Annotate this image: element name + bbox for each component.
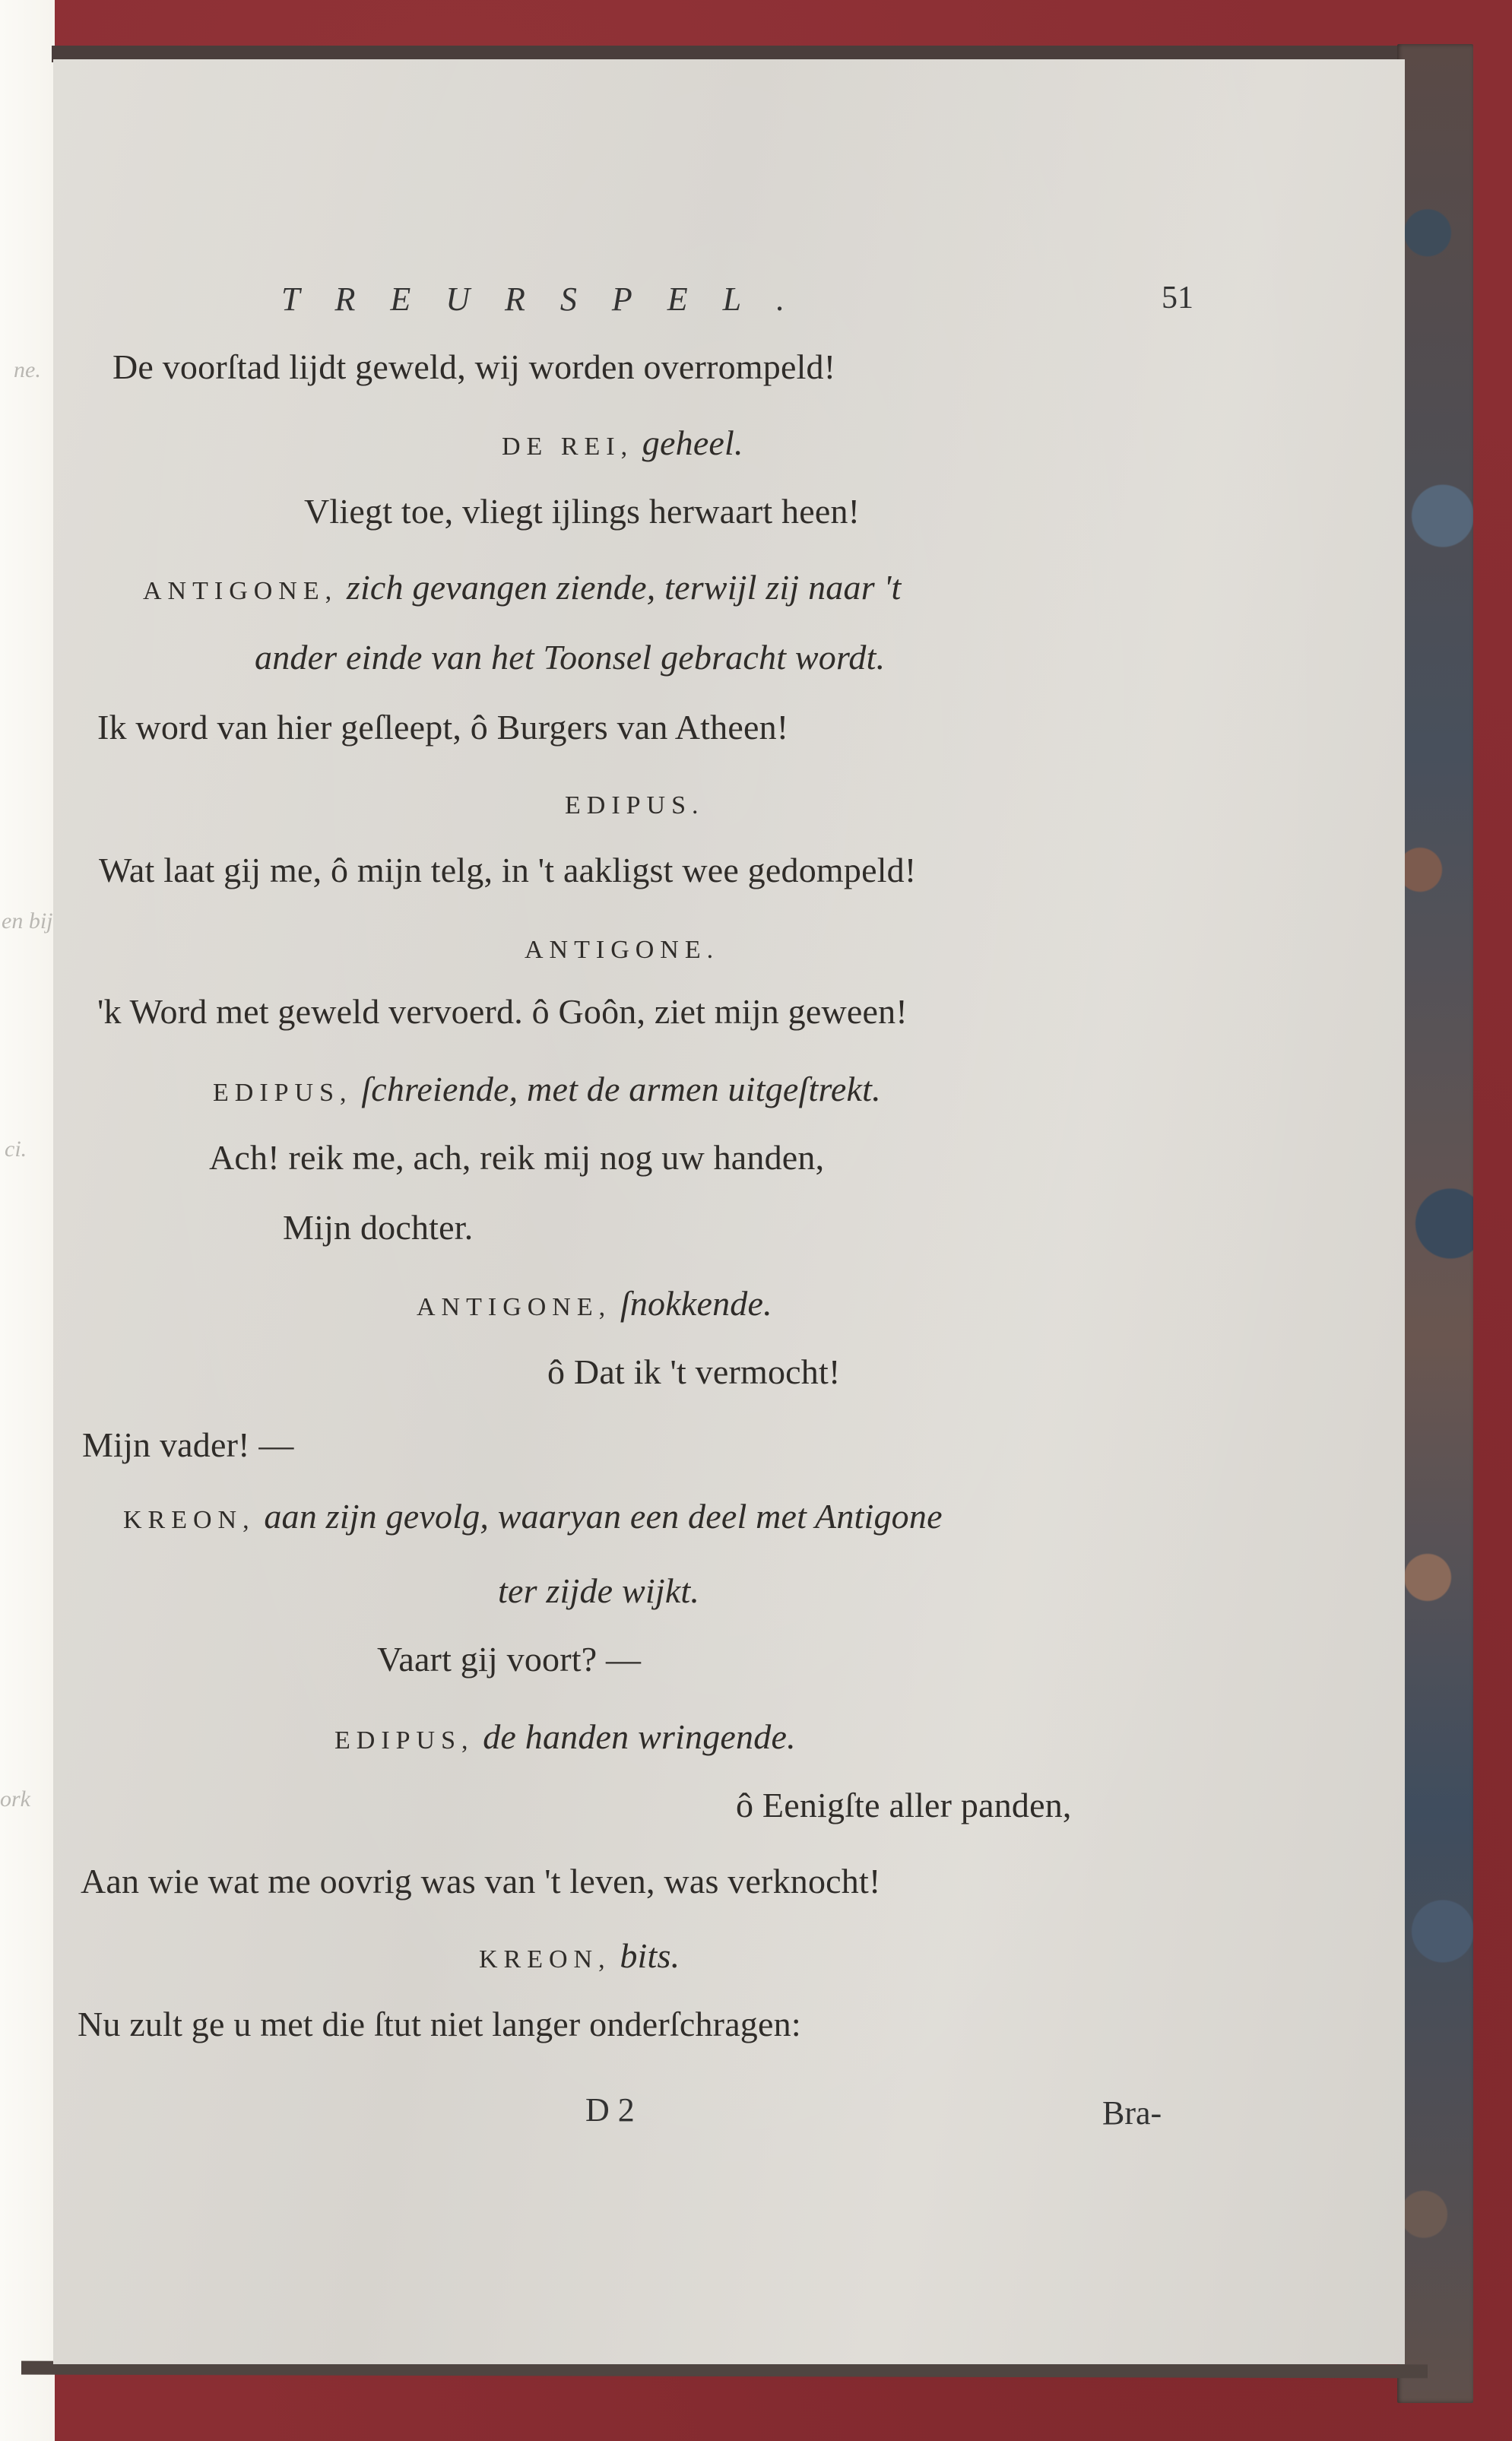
speaker-name: EDIPUS. xyxy=(565,791,705,819)
verse-line: De voorſtad lijdt geweld, wij worden ove… xyxy=(113,347,835,387)
stage-direction: ſnokkende. xyxy=(620,1284,772,1323)
stage-direction-continued: ander einde van het Toonsel gebracht wor… xyxy=(255,637,885,677)
verse-line: ô Dat ik 't vermocht! xyxy=(547,1352,841,1392)
speaker-name: ANTIGONE. xyxy=(525,936,719,964)
verse-line: Vaart gij voort? — xyxy=(377,1639,641,1679)
stage-direction: de handen wringende. xyxy=(483,1717,796,1756)
speaker-name: EDIPUS, xyxy=(334,1726,474,1755)
facing-page-fragment: ne. xyxy=(14,357,41,383)
speaker-name: DE REI, xyxy=(502,433,633,461)
speaker-heading: ANTIGONE, ſnokkende. xyxy=(417,1283,772,1324)
stage-direction-continued: ter zijde wijkt. xyxy=(498,1571,699,1611)
speaker-heading: KREON, bits. xyxy=(479,1935,680,1976)
running-head-title: TREURSPEL. xyxy=(281,280,819,319)
signature-mark: D 2 xyxy=(585,2091,635,2129)
speaker-name: EDIPUS, xyxy=(213,1079,353,1107)
verse-line: ô Eenigſte aller panden, xyxy=(736,1785,1072,1825)
stage-direction: zich gevangen ziende, terwijl zij naar '… xyxy=(347,568,902,607)
page-number: 51 xyxy=(1162,280,1193,316)
speaker-name: ANTIGONE, xyxy=(143,577,338,605)
verse-line: Wat laat gij me, ô mijn telg, in 't aakl… xyxy=(99,850,916,890)
book-page: TREURSPEL. 51 De voorſtad lijdt geweld, … xyxy=(53,59,1405,2364)
speaker-heading: EDIPUS, de handen wringende. xyxy=(334,1717,796,1757)
stage-direction: bits. xyxy=(620,1936,680,1975)
stage-direction: geheel. xyxy=(642,423,743,462)
marbled-cover-edge xyxy=(1397,44,1473,2403)
speaker-heading: DE REI, geheel. xyxy=(502,423,743,463)
verse-line: Nu zult ge u met die ſtut niet langer on… xyxy=(78,2004,801,2044)
speaker-heading: EDIPUS, ſchreiende, met de armen uitgeſt… xyxy=(213,1069,881,1109)
speaker-name: ANTIGONE, xyxy=(417,1293,611,1321)
facing-page-edge: ne. en bij ci. ork xyxy=(0,0,55,2441)
verse-line: 'k Word met geweld vervoerd. ô Goôn, zie… xyxy=(97,991,908,1032)
speaker-heading: EDIPUS. xyxy=(565,781,705,822)
speaker-heading: ANTIGONE. xyxy=(525,926,719,966)
verse-line: Ik word van hier geſleept, ô Burgers van… xyxy=(97,707,788,747)
speaker-name: KREON, xyxy=(479,1945,611,1973)
facing-page-fragment: ci. xyxy=(5,1136,27,1162)
verse-line: Aan wie wat me oovrig was van 't leven, … xyxy=(81,1861,881,1901)
verse-line: Mijn dochter. xyxy=(283,1207,473,1247)
speaker-heading: ANTIGONE, zich gevangen ziende, terwijl … xyxy=(143,567,902,607)
catchword: Bra- xyxy=(1102,2094,1162,2132)
stage-direction: ſchreiende, met de armen uitgeſtrekt. xyxy=(361,1070,881,1108)
verse-line: Mijn vader! — xyxy=(82,1425,294,1465)
facing-page-fragment: en bij xyxy=(2,908,53,934)
verse-line: Ach! reik me, ach, reik mij nog uw hande… xyxy=(209,1137,824,1178)
speaker-heading: KREON, aan zijn gevolg, waaryan een deel… xyxy=(123,1496,943,1536)
verse-line: Vliegt toe, vliegt ijlings herwaart heen… xyxy=(304,491,860,531)
stage-direction: aan zijn gevolg, waaryan een deel met An… xyxy=(264,1497,942,1536)
speaker-name: KREON, xyxy=(123,1506,255,1534)
facing-page-fragment: ork xyxy=(0,1786,30,1812)
